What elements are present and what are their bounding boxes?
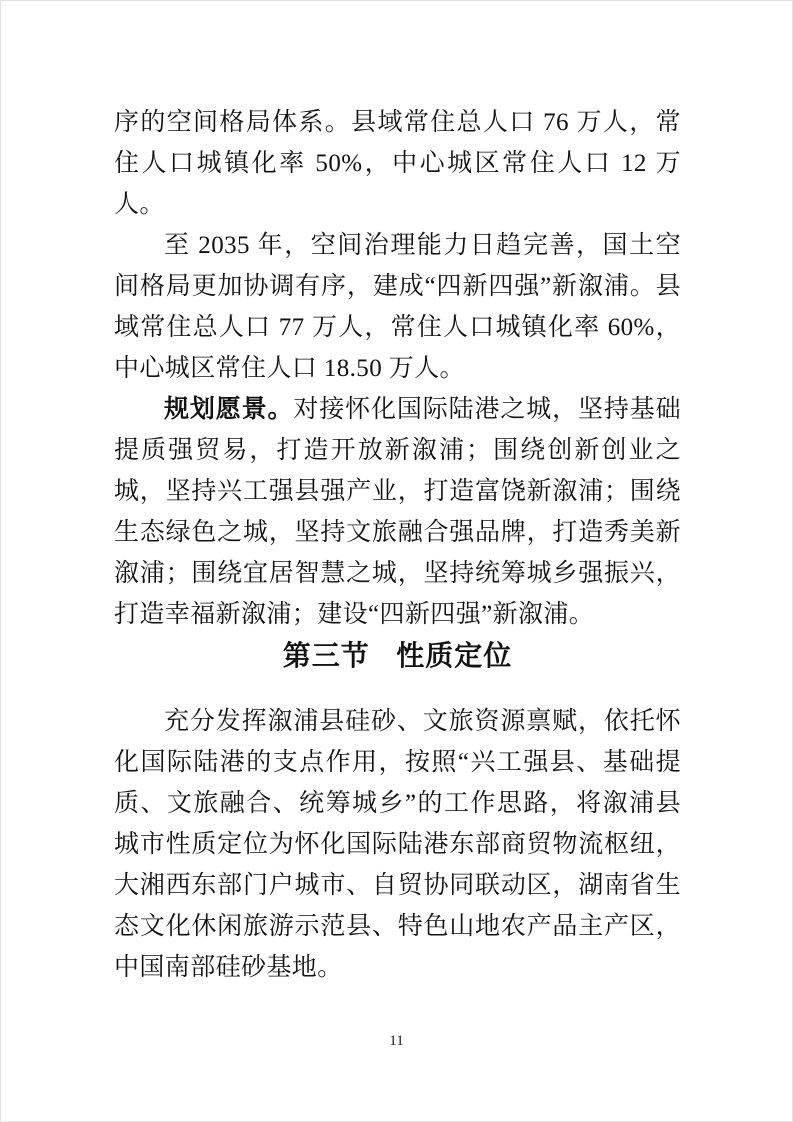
section-heading: 第三节性质定位 [114,638,681,674]
paragraph-text: 对接怀化国际陆港之城，坚持基础提质强贸易，打造开放新溆浦；围绕创新创业之城，坚持… [114,396,681,628]
paragraph-text: 序的空间格局体系。县域常住总人口 76 万人，常住人口城镇化率 50%，中心城区… [114,109,681,218]
document-page: 序的空间格局体系。县域常住总人口 76 万人，常住人口城镇化率 50%，中心城区… [0,0,793,1122]
paragraph-text: 充分发挥溆浦县硅砂、文旅资源禀赋，依托怀化国际陆港的支点作用，按照“兴工强县、基… [114,708,681,981]
body-paragraph-planning-vision: 规划愿景。对接怀化国际陆港之城，坚持基础提质强贸易，打造开放新溆浦；围绕创新创业… [114,389,681,635]
page-content: 序的空间格局体系。县域常住总人口 76 万人，常住人口城镇化率 50%，中心城区… [114,102,681,988]
page-number: 11 [389,1033,403,1049]
section-heading-number: 第三节 [283,640,370,671]
paragraph-lead-bold: 规划愿景。 [164,395,293,423]
body-paragraph-positioning: 充分发挥溆浦县硅砂、文旅资源禀赋，依托怀化国际陆港的支点作用，按照“兴工强县、基… [114,701,681,988]
section-heading-title: 性质定位 [396,640,512,671]
paragraph-text: 至 2035 年，空间治理能力日趋完善，国土空间格局更加协调有序，建成“四新四强… [114,232,681,382]
page-footer: 11 [1,1032,792,1050]
body-paragraph-continuation: 序的空间格局体系。县域常住总人口 76 万人，常住人口城镇化率 50%，中心城区… [114,102,681,225]
body-paragraph-2035-goals: 至 2035 年，空间治理能力日趋完善，国土空间格局更加协调有序，建成“四新四强… [114,225,681,389]
